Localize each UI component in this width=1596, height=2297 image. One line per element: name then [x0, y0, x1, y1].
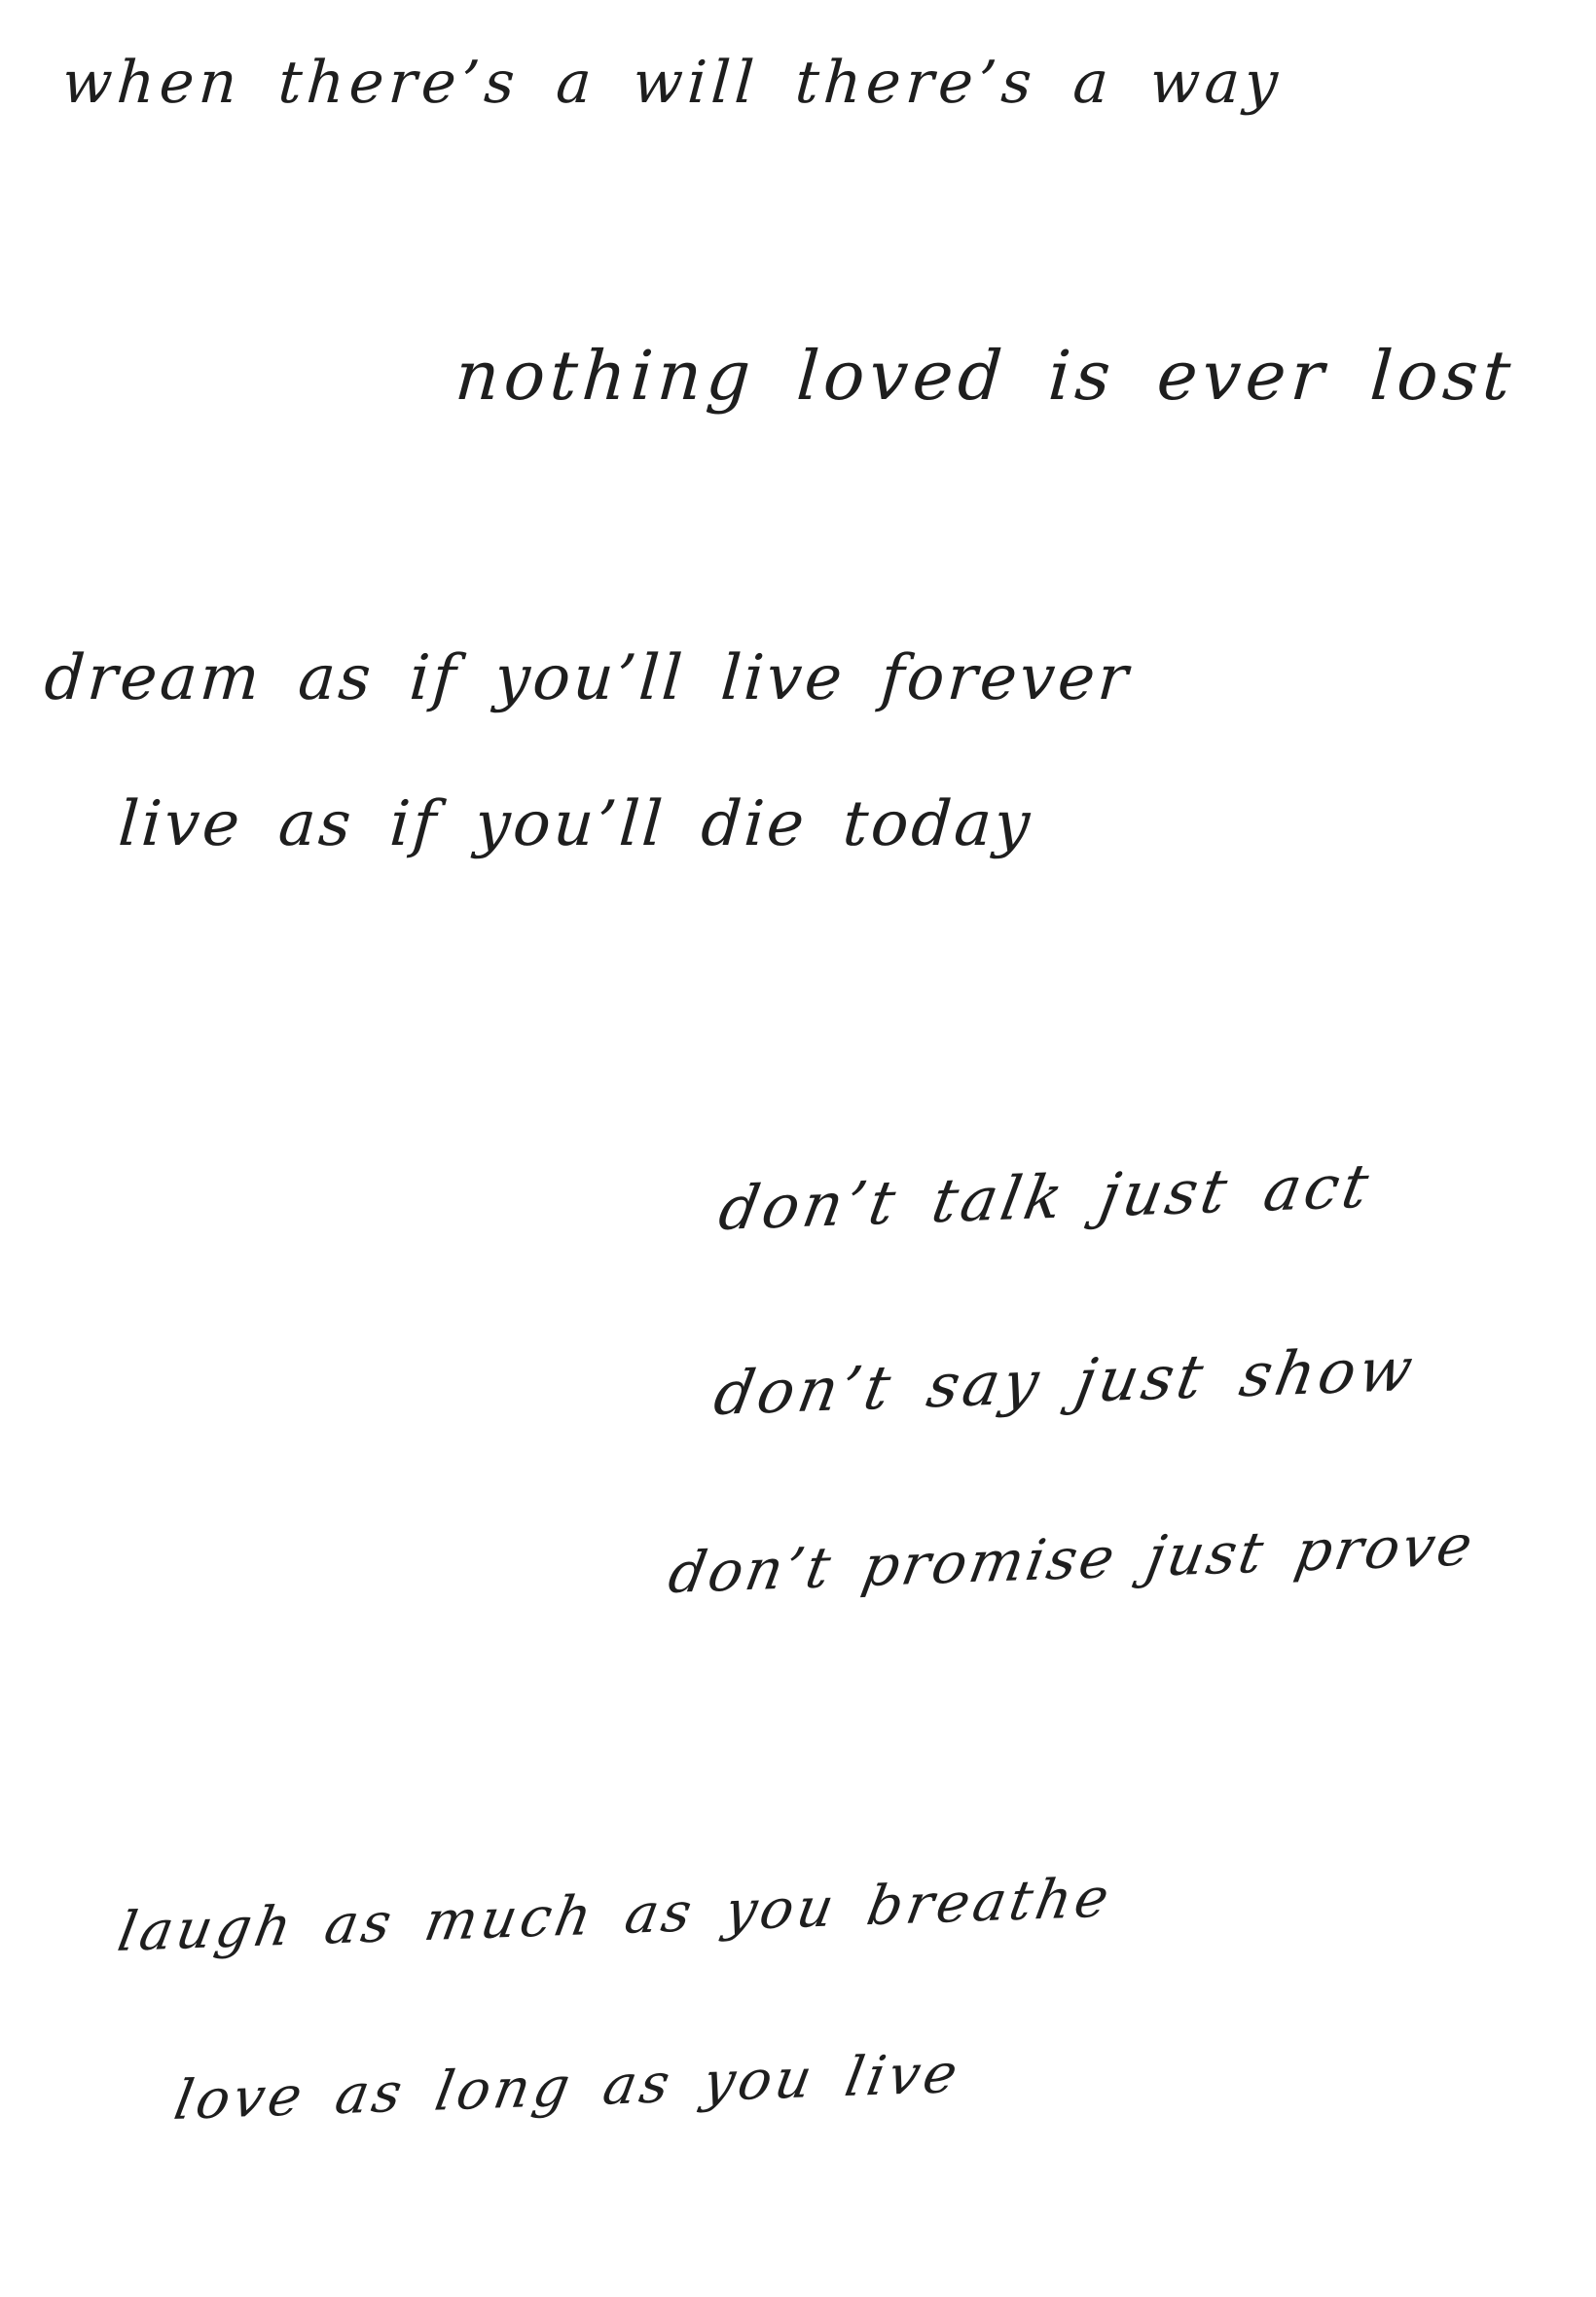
- quote-dont-talk-line-3: don’t promise just prove: [664, 1514, 1479, 1604]
- quote-laugh-love-line-2: love as long as you live: [170, 2044, 966, 2132]
- quote-poster: when there’s a will there’s a way nothin…: [0, 0, 1596, 2297]
- quote-will-way-line-1: when there’s a will there’s a way: [60, 51, 1285, 115]
- quote-dream-live-line-1: dream as if you’ll live forever: [43, 644, 1134, 712]
- quote-dream-live-line-2: live as if you’ll die today: [117, 790, 1035, 858]
- quote-nothing-lost-line-1: nothing loved is ever lost: [453, 339, 1517, 414]
- quote-dont-talk-line-2: don’t say just show: [709, 1336, 1422, 1427]
- quote-laugh-love-line-1: laugh as much as you breathe: [114, 1869, 1117, 1963]
- quote-dont-talk-line-1: don’t talk just act: [714, 1153, 1377, 1242]
